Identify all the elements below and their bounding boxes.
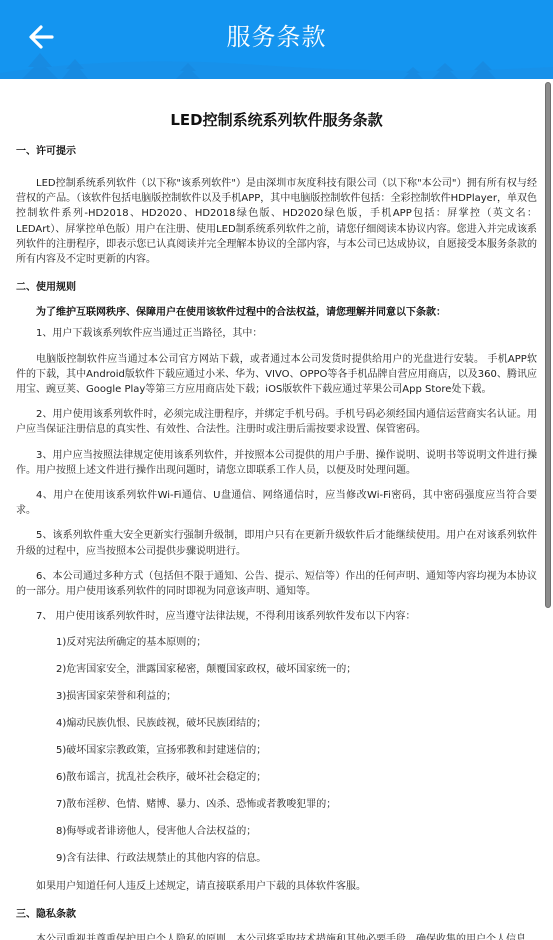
usage-rule-7: 7、 用户使用该系列软件时，应当遵守法律法规，不得利用该系列软件发布以下内容： <box>16 609 537 624</box>
app-root: 服务条款 LED控制系统系列软件服务条款 一、许可提示 LED控制系统系列软件（… <box>0 0 553 940</box>
usage-rule-4: 4、用户在使用该系列软件Wi-Fi通信、U盘通信、网络通信时，应当修改Wi-Fi… <box>16 488 537 518</box>
terms-document: LED控制系统系列软件服务条款 一、许可提示 LED控制系统系列软件（以下称"该… <box>0 79 553 940</box>
document-title: LED控制系统系列软件服务条款 <box>16 79 537 130</box>
section-heading-usage-rules: 二、使用规则 <box>16 281 537 295</box>
usage-rules-intro: 为了维护互联网秩序、保障用户在使用该软件过程中的合法权益，请您理解并同意以下条款… <box>16 305 537 320</box>
prohibited-item-1: 1)反对宪法所确定的基本原则的； <box>16 636 537 650</box>
prohibited-item-8: 8)侮辱或者诽谤他人，侵害他人合法权益的； <box>16 825 537 839</box>
page-title: 服务条款 <box>0 20 553 54</box>
scrollbar-thumb[interactable] <box>545 82 551 608</box>
usage-rule-3: 3、用户应当按照法律规定使用该系列软件，并按照本公司提供的用户手册、操作说明、说… <box>16 448 537 478</box>
prohibited-item-6: 6)散布谣言，扰乱社会秩序，破坏社会稳定的； <box>16 771 537 785</box>
usage-rule-2: 2、用户使用该系列软件时，必须完成注册程序，并绑定手机号码。手机号码必须经国内通… <box>16 407 537 437</box>
section-heading-license: 一、许可提示 <box>16 145 537 159</box>
prohibited-item-4: 4)煽动民族仇恨、民族歧视，破坏民族团结的； <box>16 717 537 731</box>
report-violation-note: 如果用户知道任何人违反上述规定，请直接联系用户下载的具体软件客服。 <box>16 879 537 894</box>
prohibited-item-5: 5)破坏国家宗教政策，宣扬邪教和封建迷信的； <box>16 744 537 758</box>
usage-rule-1-detail: 电脑版控制软件应当通过本公司官方网站下载，或者通过本公司发货时提供给用户的光盘进… <box>16 352 537 398</box>
prohibited-item-7: 7)散布淫秽、色情、赌博、暴力、凶杀、恐怖或者教唆犯罪的； <box>16 798 537 812</box>
usage-rule-1: 1、用户下载该系列软件应当通过正当路径，其中： <box>16 326 537 341</box>
privacy-paragraph: 本公司重视并尊重保护用户个人隐私的原则，本公司将采取技术措施和其他必要手段，确保… <box>16 932 537 940</box>
section-heading-privacy: 三、隐私条款 <box>16 908 537 922</box>
prohibited-item-2: 2)危害国家安全，泄露国家秘密，颠覆国家政权，破坏国家统一的； <box>16 663 537 677</box>
terms-content-scroll-area[interactable]: LED控制系统系列软件服务条款 一、许可提示 LED控制系统系列软件（以下称"该… <box>0 79 553 940</box>
usage-rule-5: 5、该系列软件重大安全更新实行强制升级制，即用户只有在更新升级软件后才能继续使用… <box>16 528 537 558</box>
usage-rule-6: 6、本公司通过多种方式（包括但不限于通知、公告、提示、短信等）作出的任何声明、通… <box>16 569 537 599</box>
app-bar: 服务条款 <box>0 0 553 79</box>
license-paragraph: LED控制系统系列软件（以下称"该系列软件"）是由深圳市灰度科技有限公司（以下称… <box>16 176 537 267</box>
prohibited-item-3: 3)损害国家荣誉和利益的； <box>16 690 537 704</box>
prohibited-item-9: 9)含有法律、行政法规禁止的其他内容的信息。 <box>16 852 537 866</box>
